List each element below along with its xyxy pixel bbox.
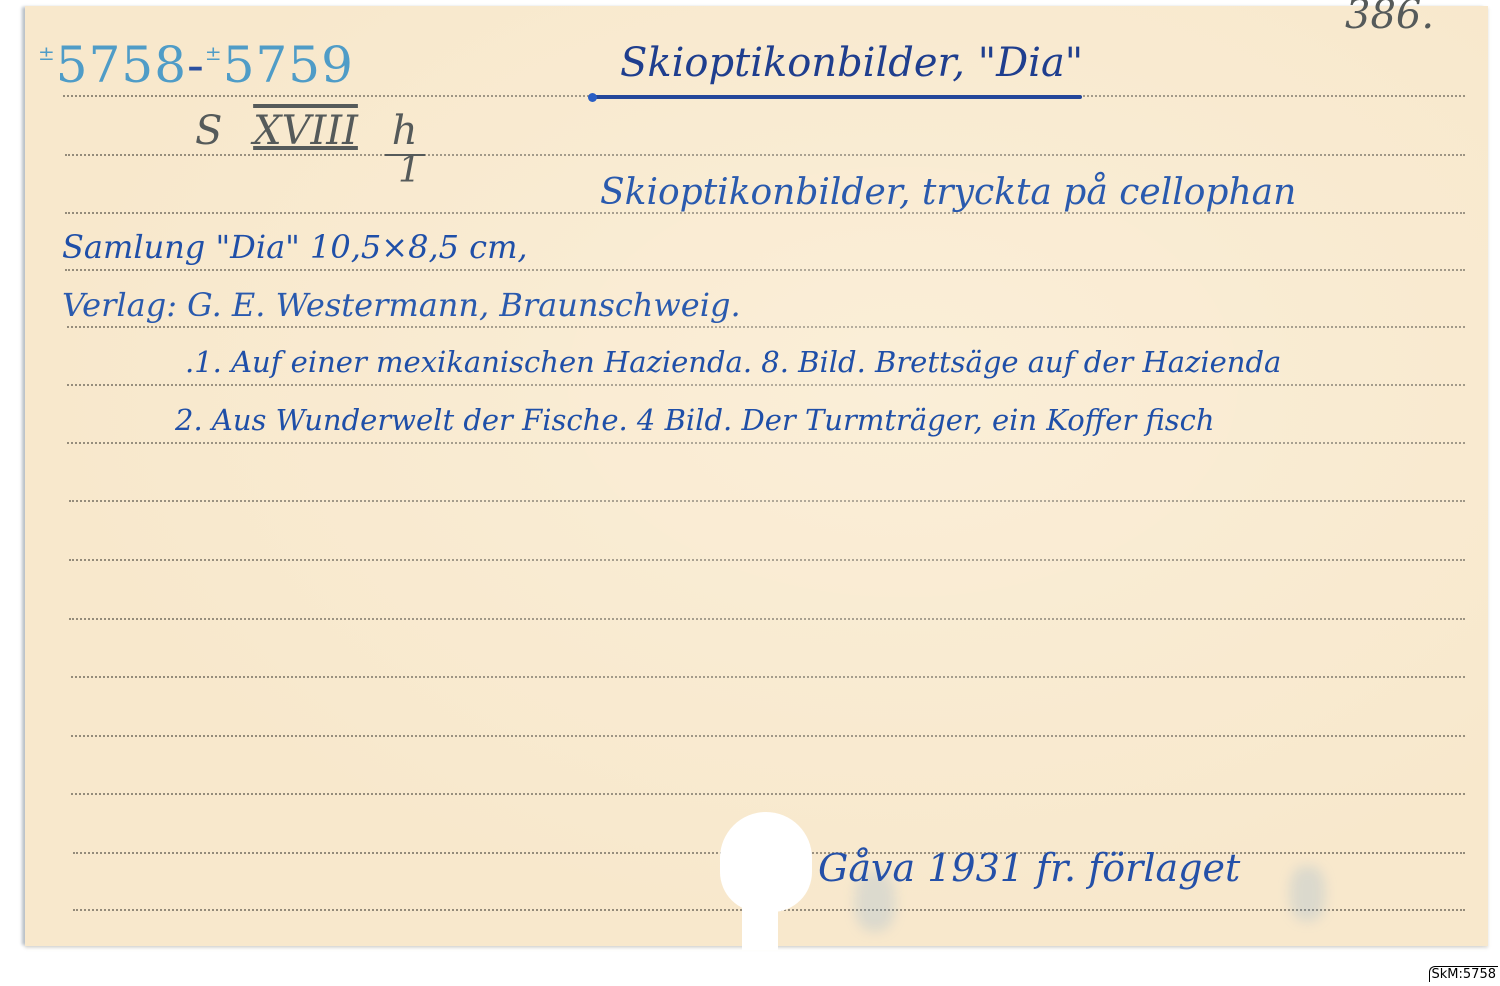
ruled-line — [71, 676, 1465, 678]
ruled-line — [67, 384, 1465, 386]
collection-line: Samlung "Dia" 10,5×8,5 cm, — [62, 228, 528, 266]
classification-fraction: h — [385, 108, 425, 156]
ruled-line — [67, 442, 1465, 444]
classification-fraction-bottom: 1 — [398, 150, 421, 191]
card-punch-slot — [742, 890, 778, 950]
ruled-line — [69, 500, 1465, 502]
ruled-line — [69, 618, 1465, 620]
stamp-separator: - — [187, 36, 205, 94]
stamp-number-second: 5759 — [223, 36, 354, 94]
card-title: Skioptikonbilder, "Dia" — [620, 40, 1083, 86]
ruled-line — [71, 793, 1465, 795]
classification-roman: XVIII — [253, 108, 358, 154]
classification-marker: S — [195, 108, 222, 154]
classification-mark: S XVIII h — [195, 108, 425, 156]
corner-number: 386. — [1345, 0, 1434, 38]
reference-label: SkM:5758 — [1429, 966, 1498, 982]
acquisition-note: Gåva 1931 fr. förlaget — [818, 846, 1240, 890]
card-description: Skioptikonbilder, tryckta på cellophan — [600, 172, 1296, 213]
ruled-line — [67, 326, 1465, 328]
ink-smudge — [1290, 866, 1325, 921]
ruled-line — [71, 735, 1465, 737]
ruled-line — [69, 559, 1465, 561]
item-line-1: .1. Auf einer mexikanischen Hazienda. 8.… — [185, 345, 1281, 379]
stamp-prefix: ± — [205, 41, 223, 65]
title-underline — [592, 95, 1082, 99]
ruled-line — [65, 269, 1465, 271]
stamp-prefix: ± — [38, 41, 56, 65]
publisher-line: Verlag: G. E. Westermann, Braunschweig. — [62, 286, 741, 324]
stamp-number-first: 5758 — [56, 36, 187, 94]
item-line-2: 2. Aus Wunderwelt der Fische. 4 Bild. De… — [175, 403, 1215, 437]
inventory-number-stamp: ±5758-±5759 — [38, 36, 354, 94]
